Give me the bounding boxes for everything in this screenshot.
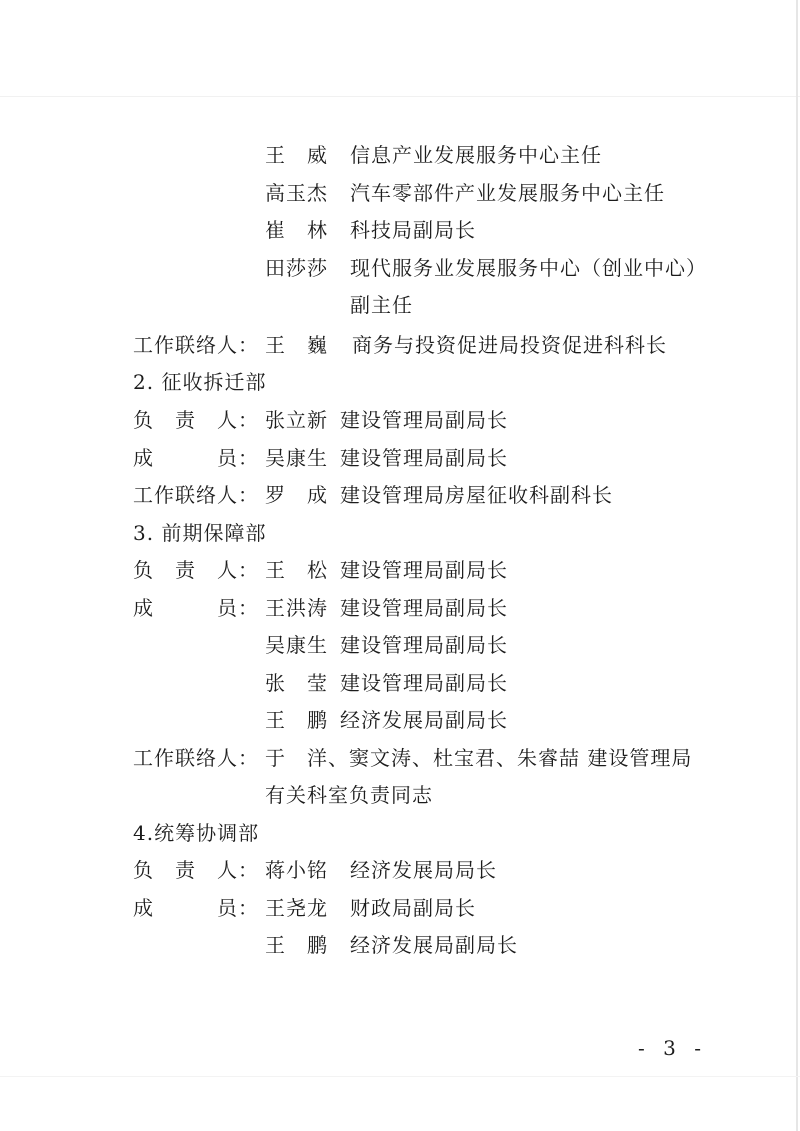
member-name: 王 鹏 [265,933,328,957]
leader-title: 建设管理局副局长 [340,558,508,582]
member-name: 王洪涛 [265,596,328,620]
contact-text: 于 洋、窦文涛、杜宝君、朱睿喆 建设管理局 [265,746,692,770]
member-title-cont: 副主任 [350,293,413,317]
member-label: 成 员： [133,446,259,470]
leader-title: 经济发展局局长 [350,858,497,882]
member-title: 现代服务业发展服务中心（创业中心） [350,256,707,280]
contact-label: 工作联络人： [133,333,259,357]
leader-name: 王 松 [265,558,328,582]
member-name: 吴康生 [265,446,328,470]
leader-label: 负 责 人： [133,408,259,432]
scan-right-edge [796,0,798,1131]
member-title: 建设管理局副局长 [340,671,508,695]
member-title: 信息产业发展服务中心主任 [350,143,602,167]
member-title: 财政局副局长 [350,896,476,920]
section-heading-text: 4.统筹协调部 [133,821,259,845]
contact-label: 工作联络人： [133,746,259,770]
member-name: 吴康生 [265,633,328,657]
leader-label: 负 责 人： [133,558,259,582]
member-label: 成 员： [133,896,259,920]
member-title: 经济发展局副局长 [350,933,518,957]
contact-title: 建设管理局房屋征收科副科长 [340,483,613,507]
leader-name: 蒋小铭 [265,858,328,882]
member-title: 汽车零部件产业发展服务中心主任 [350,181,665,205]
member-name: 王 鹏 [265,708,328,732]
member-title: 建设管理局副局长 [340,633,508,657]
member-name: 王 威 [265,143,328,167]
leader-label: 负 责 人： [133,858,259,882]
member-title: 经济发展局副局长 [340,708,508,732]
contact-name: 罗 成 [265,483,328,507]
member-name: 张 莹 [265,671,328,695]
member-title: 建设管理局副局长 [340,596,508,620]
member-title: 建设管理局副局长 [340,446,508,470]
leader-title: 建设管理局副局长 [340,408,508,432]
section-heading-text: 3. 前期保障部 [133,521,266,545]
contact-text-cont: 有关科室负责同志 [265,783,433,807]
contact-label: 工作联络人： [133,483,259,507]
contact-title: 商务与投资促进局投资促进科科长 [352,333,667,357]
contact-name: 王 巍 [265,333,328,357]
page-number: - 3 - [638,1036,707,1060]
section-heading-text: 2. 征收拆迁部 [133,370,266,394]
member-name: 王尧龙 [265,896,328,920]
member-name: 崔 林 [265,218,328,242]
member-label: 成 员： [133,596,259,620]
scan-edge-line [0,96,800,97]
leader-name: 张立新 [265,408,328,432]
member-name: 高玉杰 [265,181,328,205]
member-name: 田莎莎 [265,256,328,280]
member-title: 科技局副局长 [350,218,476,242]
scan-bottom-line [0,1076,800,1077]
